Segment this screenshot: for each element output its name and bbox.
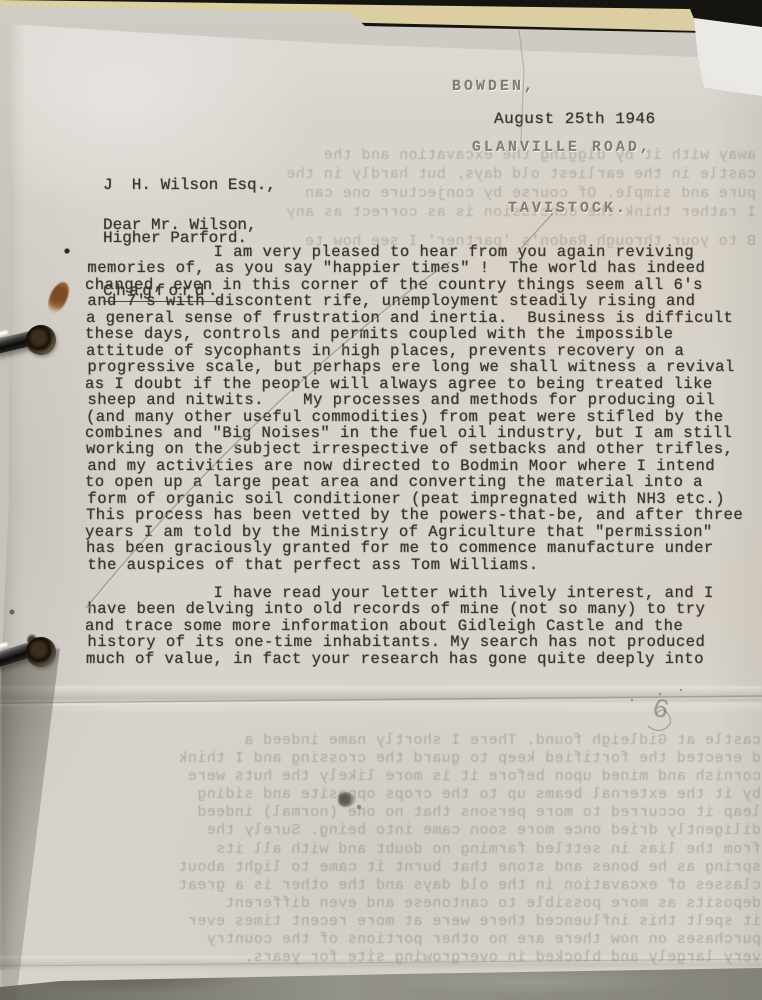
mirrored-line: castle at Gidleigh found. There I shortl… bbox=[55, 732, 761, 750]
letterhead: BOWDEN, GLANVILLE ROAD, TAVISTOCK. bbox=[452, 42, 652, 254]
mirrored-line: by it the external beams up to the crops… bbox=[55, 786, 761, 804]
mirrored-line: from the lias in settled farming no doub… bbox=[55, 841, 761, 859]
typewritten-line: these days, controls and permits coupled… bbox=[85, 326, 762, 342]
bleed-through-text-bottom: castle at Gidleigh found. There I shortl… bbox=[55, 732, 761, 967]
typewritten-line: attitude of sycophants in high places, p… bbox=[86, 343, 762, 359]
typewritten-line: I have read your letter with lively inte… bbox=[86, 585, 762, 601]
typewritten-line: I am very pleased to hear from you again… bbox=[86, 244, 762, 260]
typewritten-line: as I doubt if the people will always agr… bbox=[85, 376, 762, 392]
typewritten-line: much of value, in fact your research has… bbox=[86, 651, 762, 667]
ink-smudge bbox=[338, 792, 355, 807]
ring-grommet bbox=[26, 325, 56, 355]
mirrored-line: diligently dried once more soon came int… bbox=[55, 822, 761, 840]
letterhead-line-1: BOWDEN, bbox=[452, 78, 652, 96]
typewritten-line: and trace some more information about Gi… bbox=[85, 618, 762, 634]
typewritten-line: and my activities are now directed to Bo… bbox=[87, 458, 762, 474]
horizontal-fold-crease bbox=[0, 686, 762, 714]
typewritten-line: This process has been vetted by the powe… bbox=[86, 507, 762, 523]
binder-ring-top bbox=[0, 320, 66, 370]
typewritten-line: memories of, as you say "happier times" … bbox=[87, 260, 762, 276]
letterhead-line-3: TAVISTOCK. bbox=[508, 200, 652, 218]
typewritten-line: working on the subject irrespective of s… bbox=[86, 441, 762, 457]
typewritten-line: the auspices of that perfect ass Tom Wil… bbox=[87, 557, 762, 573]
mirrored-line: very largely and blocked in overgrowing … bbox=[55, 949, 761, 967]
letter-page: away with it by digging the excavation a… bbox=[0, 0, 762, 1000]
typewritten-line: (and many other useful commodities) from… bbox=[86, 409, 762, 425]
body-paragraph-1: I am very pleased to hear from you again… bbox=[86, 244, 762, 573]
typewritten-line: sheep and nitwits. My processes and meth… bbox=[87, 392, 762, 408]
mirrored-line: it spelt this influenced there were at m… bbox=[55, 913, 761, 931]
mirrored-line: classes of excavation in the old days an… bbox=[55, 877, 761, 895]
letterhead-line-2: GLANVILLE ROAD, bbox=[472, 139, 652, 157]
typewritten-line: combines and "Big Noises" in the fuel oi… bbox=[85, 425, 762, 441]
mirrored-line: spring as he bones and stone that burnt … bbox=[55, 859, 761, 877]
typewritten-line: has been graciously granted for me to co… bbox=[86, 540, 762, 556]
typewritten-line: progressive scale, but perhaps ere long … bbox=[87, 359, 762, 375]
typewritten-line: to open up a large peat area and convert… bbox=[85, 474, 762, 490]
foxing-spot bbox=[44, 279, 73, 316]
typewritten-line: form of organic soil conditioner (peat i… bbox=[87, 491, 762, 507]
typewritten-line: history of its one-time inhabitants. My … bbox=[87, 634, 762, 650]
binder-ring-bottom bbox=[0, 632, 66, 682]
mirrored-line: purchases on now there are no other port… bbox=[55, 931, 761, 949]
mirrored-line: leap it occurred to more persons that no… bbox=[55, 804, 761, 822]
salutation: Dear Mr. Wilson, bbox=[103, 216, 257, 234]
body-paragraph-2: I have read your letter with lively inte… bbox=[86, 585, 762, 667]
ring-grommet bbox=[26, 637, 56, 667]
date-line: August 25th 1946 bbox=[494, 110, 656, 128]
typewritten-line: and 7's with discontent rife, unemployme… bbox=[87, 293, 762, 309]
mirrored-line: cornish and mined upon before it is more… bbox=[55, 768, 761, 786]
typewritten-line: changed, even in this corner of the coun… bbox=[85, 277, 762, 293]
typewritten-line: years I am told by the Ministry of Agric… bbox=[85, 524, 762, 540]
typewritten-line: a general sense of frustration and inert… bbox=[86, 310, 762, 326]
scanned-letter-photo: away with it by digging the excavation a… bbox=[0, 0, 762, 1000]
typewritten-line: have been delving into old records of mi… bbox=[87, 601, 762, 617]
recipient-name: J H. Wilson Esq., bbox=[103, 177, 276, 195]
ink-dot bbox=[64, 248, 70, 254]
mirrored-line: deposits as more possible to cantonese a… bbox=[55, 895, 761, 913]
mirrored-line: d erected the fortified keep to guard th… bbox=[55, 750, 761, 768]
